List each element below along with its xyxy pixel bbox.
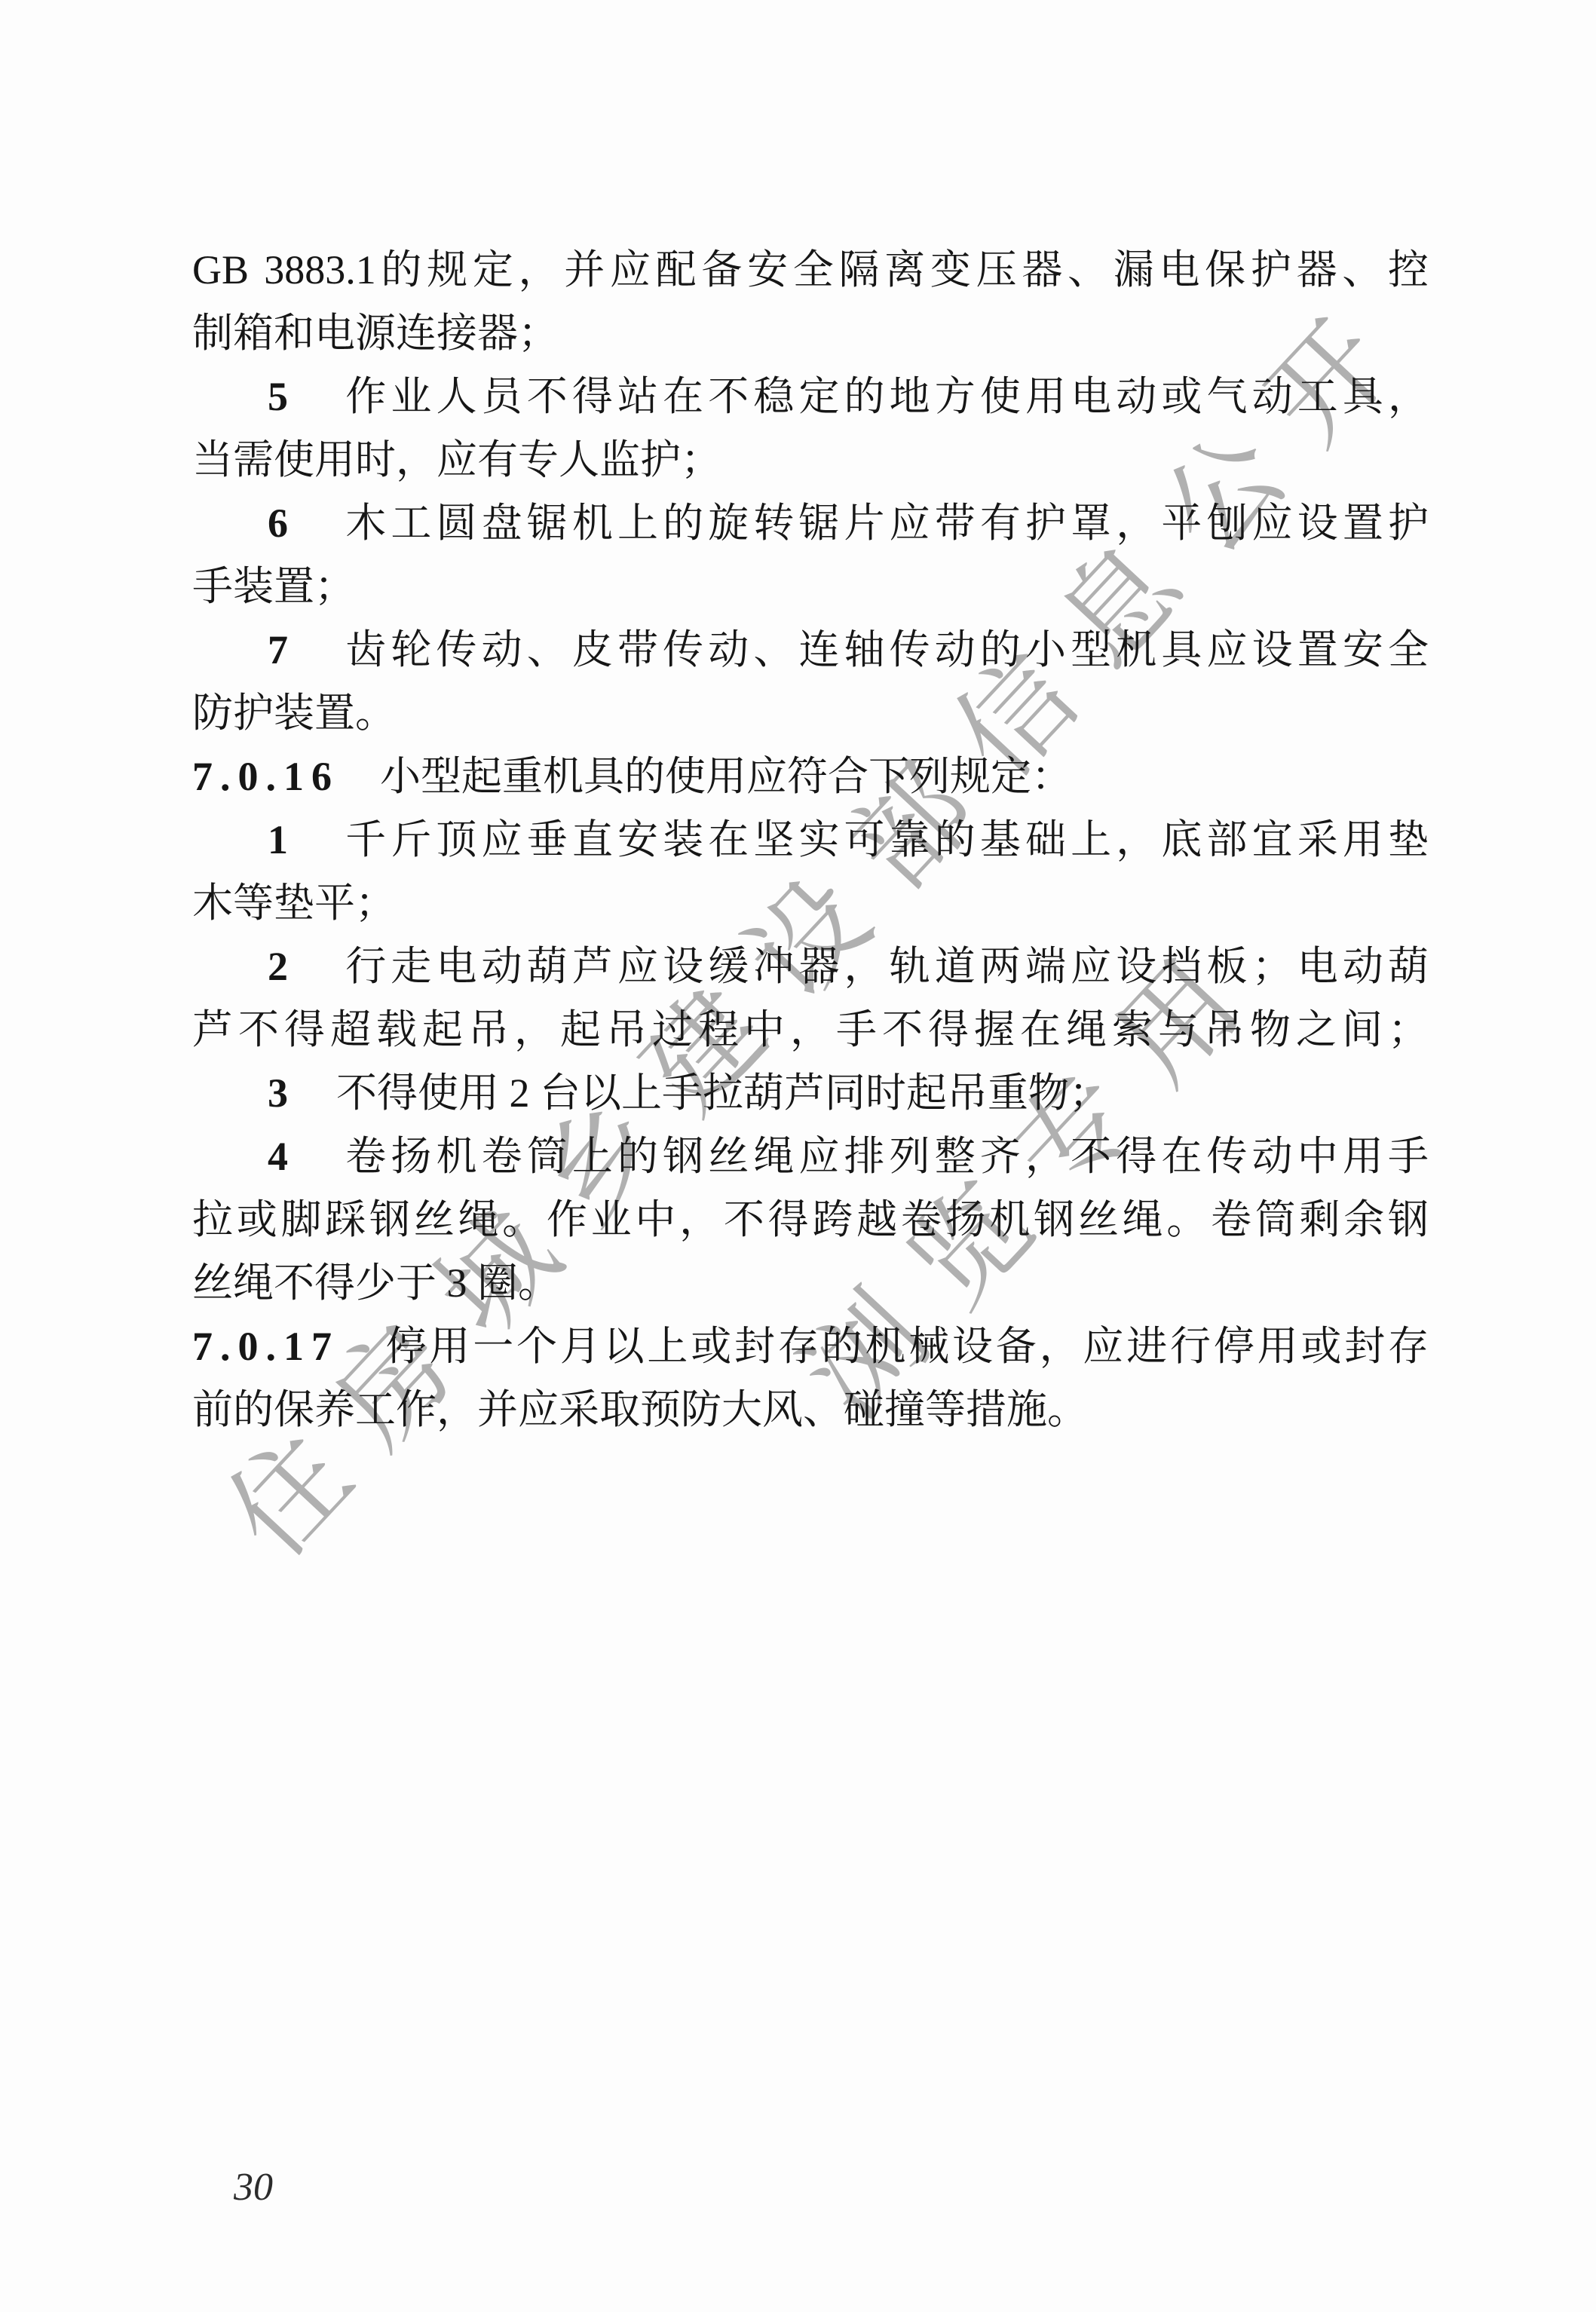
text-segment: 木等垫平； <box>192 880 396 926</box>
text-line: 7 齿轮传动、皮带传动、连轴传动的小型机具应设置安全 <box>192 618 1429 681</box>
item-number: 1 <box>268 817 296 862</box>
text-segment: 停用一个月以上或封存的机械设备，应进行停用或封存 <box>339 1324 1429 1369</box>
text-line: 丝绳不得少于 3 圈。 <box>192 1251 1429 1315</box>
text-line: 防护装置。 <box>192 681 1429 745</box>
item-number: 4 <box>268 1134 296 1179</box>
document-body: GB 3883.1的规定，并应配备安全隔离变压器、漏电保护器、控制箱和电源连接器… <box>192 238 1429 1441</box>
text-segment: 制箱和电源连接器； <box>192 311 559 356</box>
item-number: 7.0.16 <box>192 754 339 799</box>
text-segment: 当需使用时，应有专人监护； <box>192 437 721 482</box>
text-line: 1 千斤顶应垂直安装在坚实可靠的基础上，底部宜采用垫 <box>192 808 1429 871</box>
text-segment: 小型起重机具的使用应符合下列规定： <box>339 754 1072 799</box>
text-segment: 拉或脚踩钢丝绳。作业中，不得跨越卷扬机钢丝绳。卷筒剩余钢 <box>192 1197 1429 1242</box>
item-number: 7.0.17 <box>192 1324 339 1369</box>
text-line: 4 卷扬机卷筒上的钢丝绳应排列整齐，不得在传动中用手 <box>192 1125 1429 1188</box>
text-segment: 手装置； <box>192 564 355 609</box>
text-segment: 防护装置。 <box>192 691 396 736</box>
text-segment: 不得使用 2 台以上手拉葫芦同时起吊重物； <box>296 1070 1110 1116</box>
item-number: 6 <box>268 501 296 546</box>
item-number: 5 <box>268 374 296 419</box>
page-number: 30 <box>234 2165 273 2210</box>
text-line: 6 木工圆盘锯机上的旋转锯片应带有护罩，平刨应设置护 <box>192 491 1429 555</box>
text-line: 芦不得超载起吊，起吊过程中，手不得握在绳索与吊物之间； <box>192 998 1429 1061</box>
text-segment: 齿轮传动、皮带传动、连轴传动的小型机具应设置安全 <box>296 627 1429 672</box>
text-line: 木等垫平； <box>192 871 1429 935</box>
text-segment: 前的保养工作，并应采取预防大风、碰撞等措施。 <box>192 1387 1088 1432</box>
item-number: 3 <box>268 1070 296 1116</box>
text-line: GB 3883.1的规定，并应配备安全隔离变压器、漏电保护器、控 <box>192 238 1429 302</box>
document-page: 住房城乡建设部信息公开 浏览专用 GB 3883.1的规定，并应配备安全隔离变压… <box>0 0 1596 2312</box>
text-line: 手装置； <box>192 555 1429 618</box>
text-segment: 卷扬机卷筒上的钢丝绳应排列整齐，不得在传动中用手 <box>296 1134 1429 1179</box>
text-segment: 行走电动葫芦应设缓冲器，轨道两端应设挡板；电动葫 <box>296 944 1429 989</box>
text-line: 拉或脚踩钢丝绳。作业中，不得跨越卷扬机钢丝绳。卷筒剩余钢 <box>192 1188 1429 1251</box>
item-number: 7 <box>268 627 296 672</box>
text-segment: 木工圆盘锯机上的旋转锯片应带有护罩，平刨应设置护 <box>296 501 1429 546</box>
text-line: 5 作业人员不得站在不稳定的地方使用电动或气动工具， <box>192 365 1429 428</box>
text-line: 7.0.17 停用一个月以上或封存的机械设备，应进行停用或封存 <box>192 1315 1429 1378</box>
text-segment: 丝绳不得少于 3 圈。 <box>192 1260 559 1306</box>
text-line: 7.0.16 小型起重机具的使用应符合下列规定： <box>192 745 1429 808</box>
text-line: 3 不得使用 2 台以上手拉葫芦同时起吊重物； <box>192 1061 1429 1125</box>
item-number: 2 <box>268 944 296 989</box>
text-segment: 作业人员不得站在不稳定的地方使用电动或气动工具， <box>296 374 1429 419</box>
text-line: 前的保养工作，并应采取预防大风、碰撞等措施。 <box>192 1378 1429 1441</box>
text-segment: 芦不得超载起吊，起吊过程中，手不得握在绳索与吊物之间； <box>192 1007 1429 1052</box>
text-line: 制箱和电源连接器； <box>192 302 1429 365</box>
text-line: 2 行走电动葫芦应设缓冲器，轨道两端应设挡板；电动葫 <box>192 935 1429 998</box>
text-segment: 千斤顶应垂直安装在坚实可靠的基础上，底部宜采用垫 <box>296 817 1429 862</box>
text-segment: GB 3883.1的规定，并应配备安全隔离变压器、漏电保护器、控 <box>192 247 1429 292</box>
text-line: 当需使用时，应有专人监护； <box>192 428 1429 491</box>
